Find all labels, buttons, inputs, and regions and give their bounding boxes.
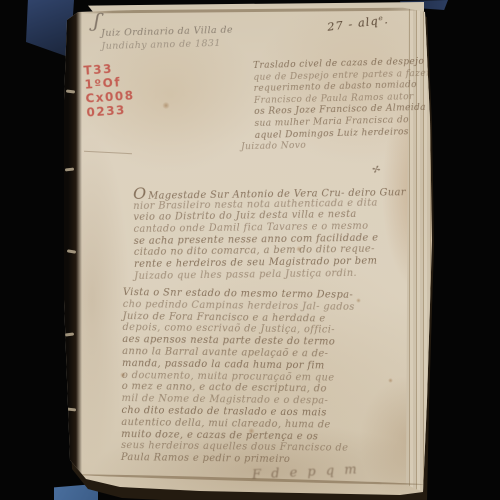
paper-crease (84, 151, 132, 155)
stitch-mark (66, 89, 75, 93)
stitch-mark (67, 249, 76, 254)
binding-spine (62, 8, 82, 486)
manuscript-page: ʃ Juiz Ordinario da Villa de Jundiahy an… (0, 0, 500, 500)
stitch-mark (67, 408, 76, 412)
opening-paragraph: Traslado civel de cazas de despejo que d… (253, 57, 433, 154)
handwritten-line: Juizado que lhes passa pela Justiça ordi… (134, 267, 407, 282)
closing-paragraph: Vista o Snr estado do mesmo termo Despa-… (121, 287, 355, 467)
header-line: Jundiahy anno de 1831 (101, 38, 233, 54)
stitch-mark (65, 332, 74, 336)
corner-number-annotation: 27 - alqᵉ. (326, 12, 389, 33)
body-paragraph: OMagestade Sur Antonio de Vera Cru- deir… (133, 185, 407, 282)
stitch-mark (65, 168, 74, 172)
section-mark: ✢ (370, 164, 381, 176)
header-annotation: Juiz Ordinario da Villa de Jundiahy anno… (101, 25, 234, 54)
fox-spot (388, 378, 393, 383)
archive-stamp: T33 1ºOf Cx008 0233 (83, 60, 136, 119)
page-bottom-edge (74, 473, 424, 486)
stamp-line: 0233 (86, 102, 136, 119)
fox-spot (356, 298, 361, 303)
manuscript-photo: ʃ Juiz Ordinario da Villa de Jundiahy an… (0, 0, 500, 500)
fox-spot (162, 102, 170, 109)
